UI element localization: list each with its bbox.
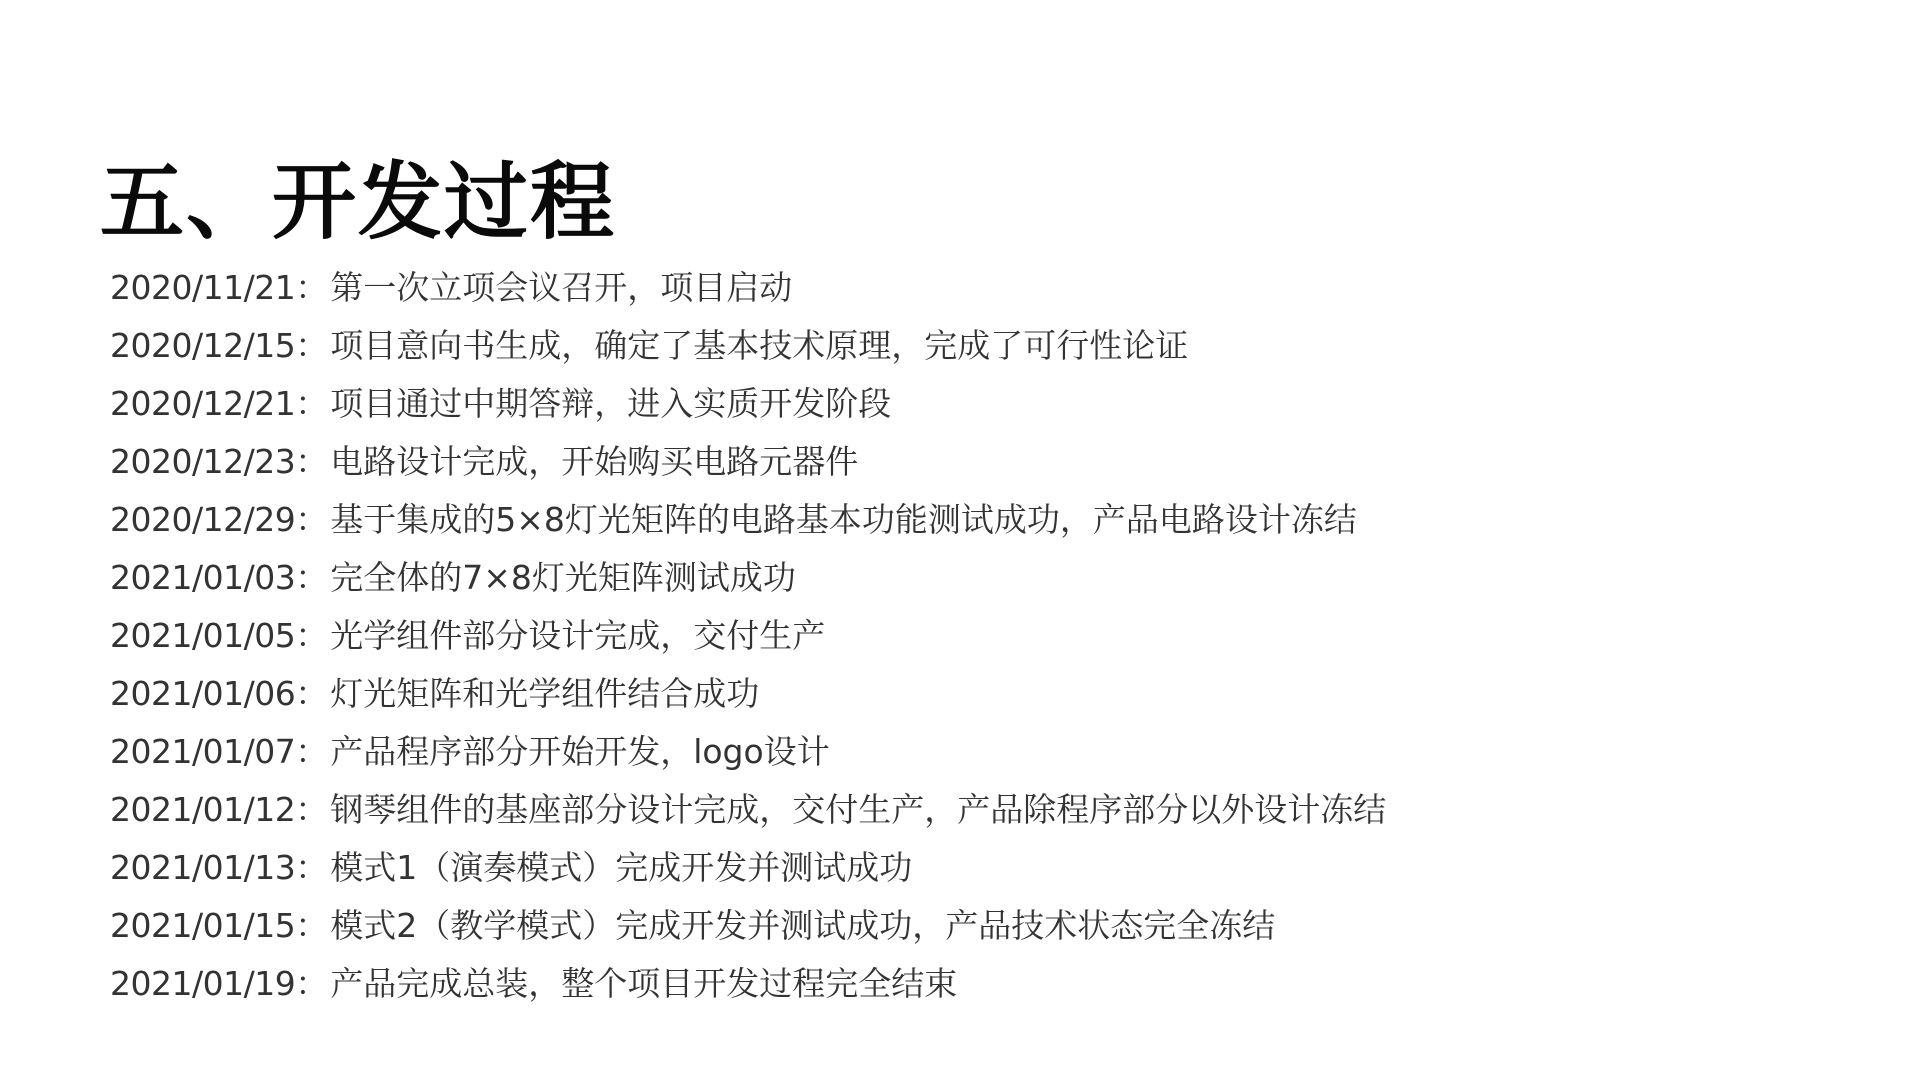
event-text: 光学组件部分设计完成，交付生产	[330, 616, 825, 655]
separator: ：	[295, 674, 328, 713]
timeline-item: 2021/01/03：完全体的7×8灯光矩阵测试成功	[110, 556, 1386, 614]
timeline-list: 2020/11/21：第一次立项会议召开，项目启动 2020/12/15：项目意…	[110, 266, 1386, 1020]
page-title: 五、开发过程	[100, 152, 616, 253]
event-text: 模式1（演奏模式）完成开发并测试成功	[330, 848, 912, 887]
separator: ：	[295, 906, 328, 945]
separator: ：	[295, 616, 328, 655]
event-date: 2021/01/05	[110, 616, 295, 655]
event-text: 电路设计完成，开始购买电路元器件	[330, 442, 858, 481]
event-text: 基于集成的5×8灯光矩阵的电路基本功能测试成功，产品电路设计冻结	[330, 500, 1357, 539]
event-text: 产品完成总装，整个项目开发过程完全结束	[330, 964, 957, 1003]
timeline-item: 2020/12/23：电路设计完成，开始购买电路元器件	[110, 440, 1386, 498]
event-text: 项目意向书生成，确定了基本技术原理，完成了可行性论证	[330, 326, 1188, 365]
separator: ：	[295, 326, 328, 365]
separator: ：	[295, 848, 328, 887]
event-text: 完全体的7×8灯光矩阵测试成功	[330, 558, 796, 597]
event-date: 2021/01/15	[110, 906, 295, 945]
event-text: 钢琴组件的基座部分设计完成，交付生产，产品除程序部分以外设计冻结	[330, 790, 1386, 829]
event-date: 2020/12/15	[110, 326, 295, 365]
event-text: 模式2（教学模式）完成开发并测试成功，产品技术状态完全冻结	[330, 906, 1275, 945]
timeline-item: 2021/01/15：模式2（教学模式）完成开发并测试成功，产品技术状态完全冻结	[110, 904, 1386, 962]
timeline-item: 2021/01/12：钢琴组件的基座部分设计完成，交付生产，产品除程序部分以外设…	[110, 788, 1386, 846]
separator: ：	[295, 964, 328, 1003]
separator: ：	[295, 558, 328, 597]
timeline-item: 2021/01/06：灯光矩阵和光学组件结合成功	[110, 672, 1386, 730]
event-date: 2021/01/13	[110, 848, 295, 887]
event-text: 灯光矩阵和光学组件结合成功	[330, 674, 759, 713]
event-text: 第一次立项会议召开，项目启动	[330, 268, 792, 307]
timeline-item: 2020/12/29：基于集成的5×8灯光矩阵的电路基本功能测试成功，产品电路设…	[110, 498, 1386, 556]
separator: ：	[295, 442, 328, 481]
separator: ：	[295, 732, 328, 771]
timeline-item: 2021/01/05：光学组件部分设计完成，交付生产	[110, 614, 1386, 672]
separator: ：	[295, 268, 328, 307]
separator: ：	[295, 790, 328, 829]
timeline-item: 2020/12/21：项目通过中期答辩，进入实质开发阶段	[110, 382, 1386, 440]
timeline-item: 2021/01/19：产品完成总装，整个项目开发过程完全结束	[110, 962, 1386, 1020]
event-date: 2020/12/21	[110, 384, 295, 423]
separator: ：	[295, 384, 328, 423]
event-date: 2020/12/23	[110, 442, 295, 481]
timeline-item: 2020/11/21：第一次立项会议召开，项目启动	[110, 266, 1386, 324]
event-text: 项目通过中期答辩，进入实质开发阶段	[330, 384, 891, 423]
event-text: 产品程序部分开始开发，logo设计	[330, 732, 830, 771]
timeline-item: 2020/12/15：项目意向书生成，确定了基本技术原理，完成了可行性论证	[110, 324, 1386, 382]
timeline-item: 2021/01/07：产品程序部分开始开发，logo设计	[110, 730, 1386, 788]
separator: ：	[295, 500, 328, 539]
event-date: 2021/01/03	[110, 558, 295, 597]
timeline-item: 2021/01/13：模式1（演奏模式）完成开发并测试成功	[110, 846, 1386, 904]
event-date: 2021/01/07	[110, 732, 295, 771]
event-date: 2020/11/21	[110, 268, 295, 307]
event-date: 2021/01/06	[110, 674, 295, 713]
event-date: 2020/12/29	[110, 500, 295, 539]
event-date: 2021/01/12	[110, 790, 295, 829]
event-date: 2021/01/19	[110, 964, 295, 1003]
